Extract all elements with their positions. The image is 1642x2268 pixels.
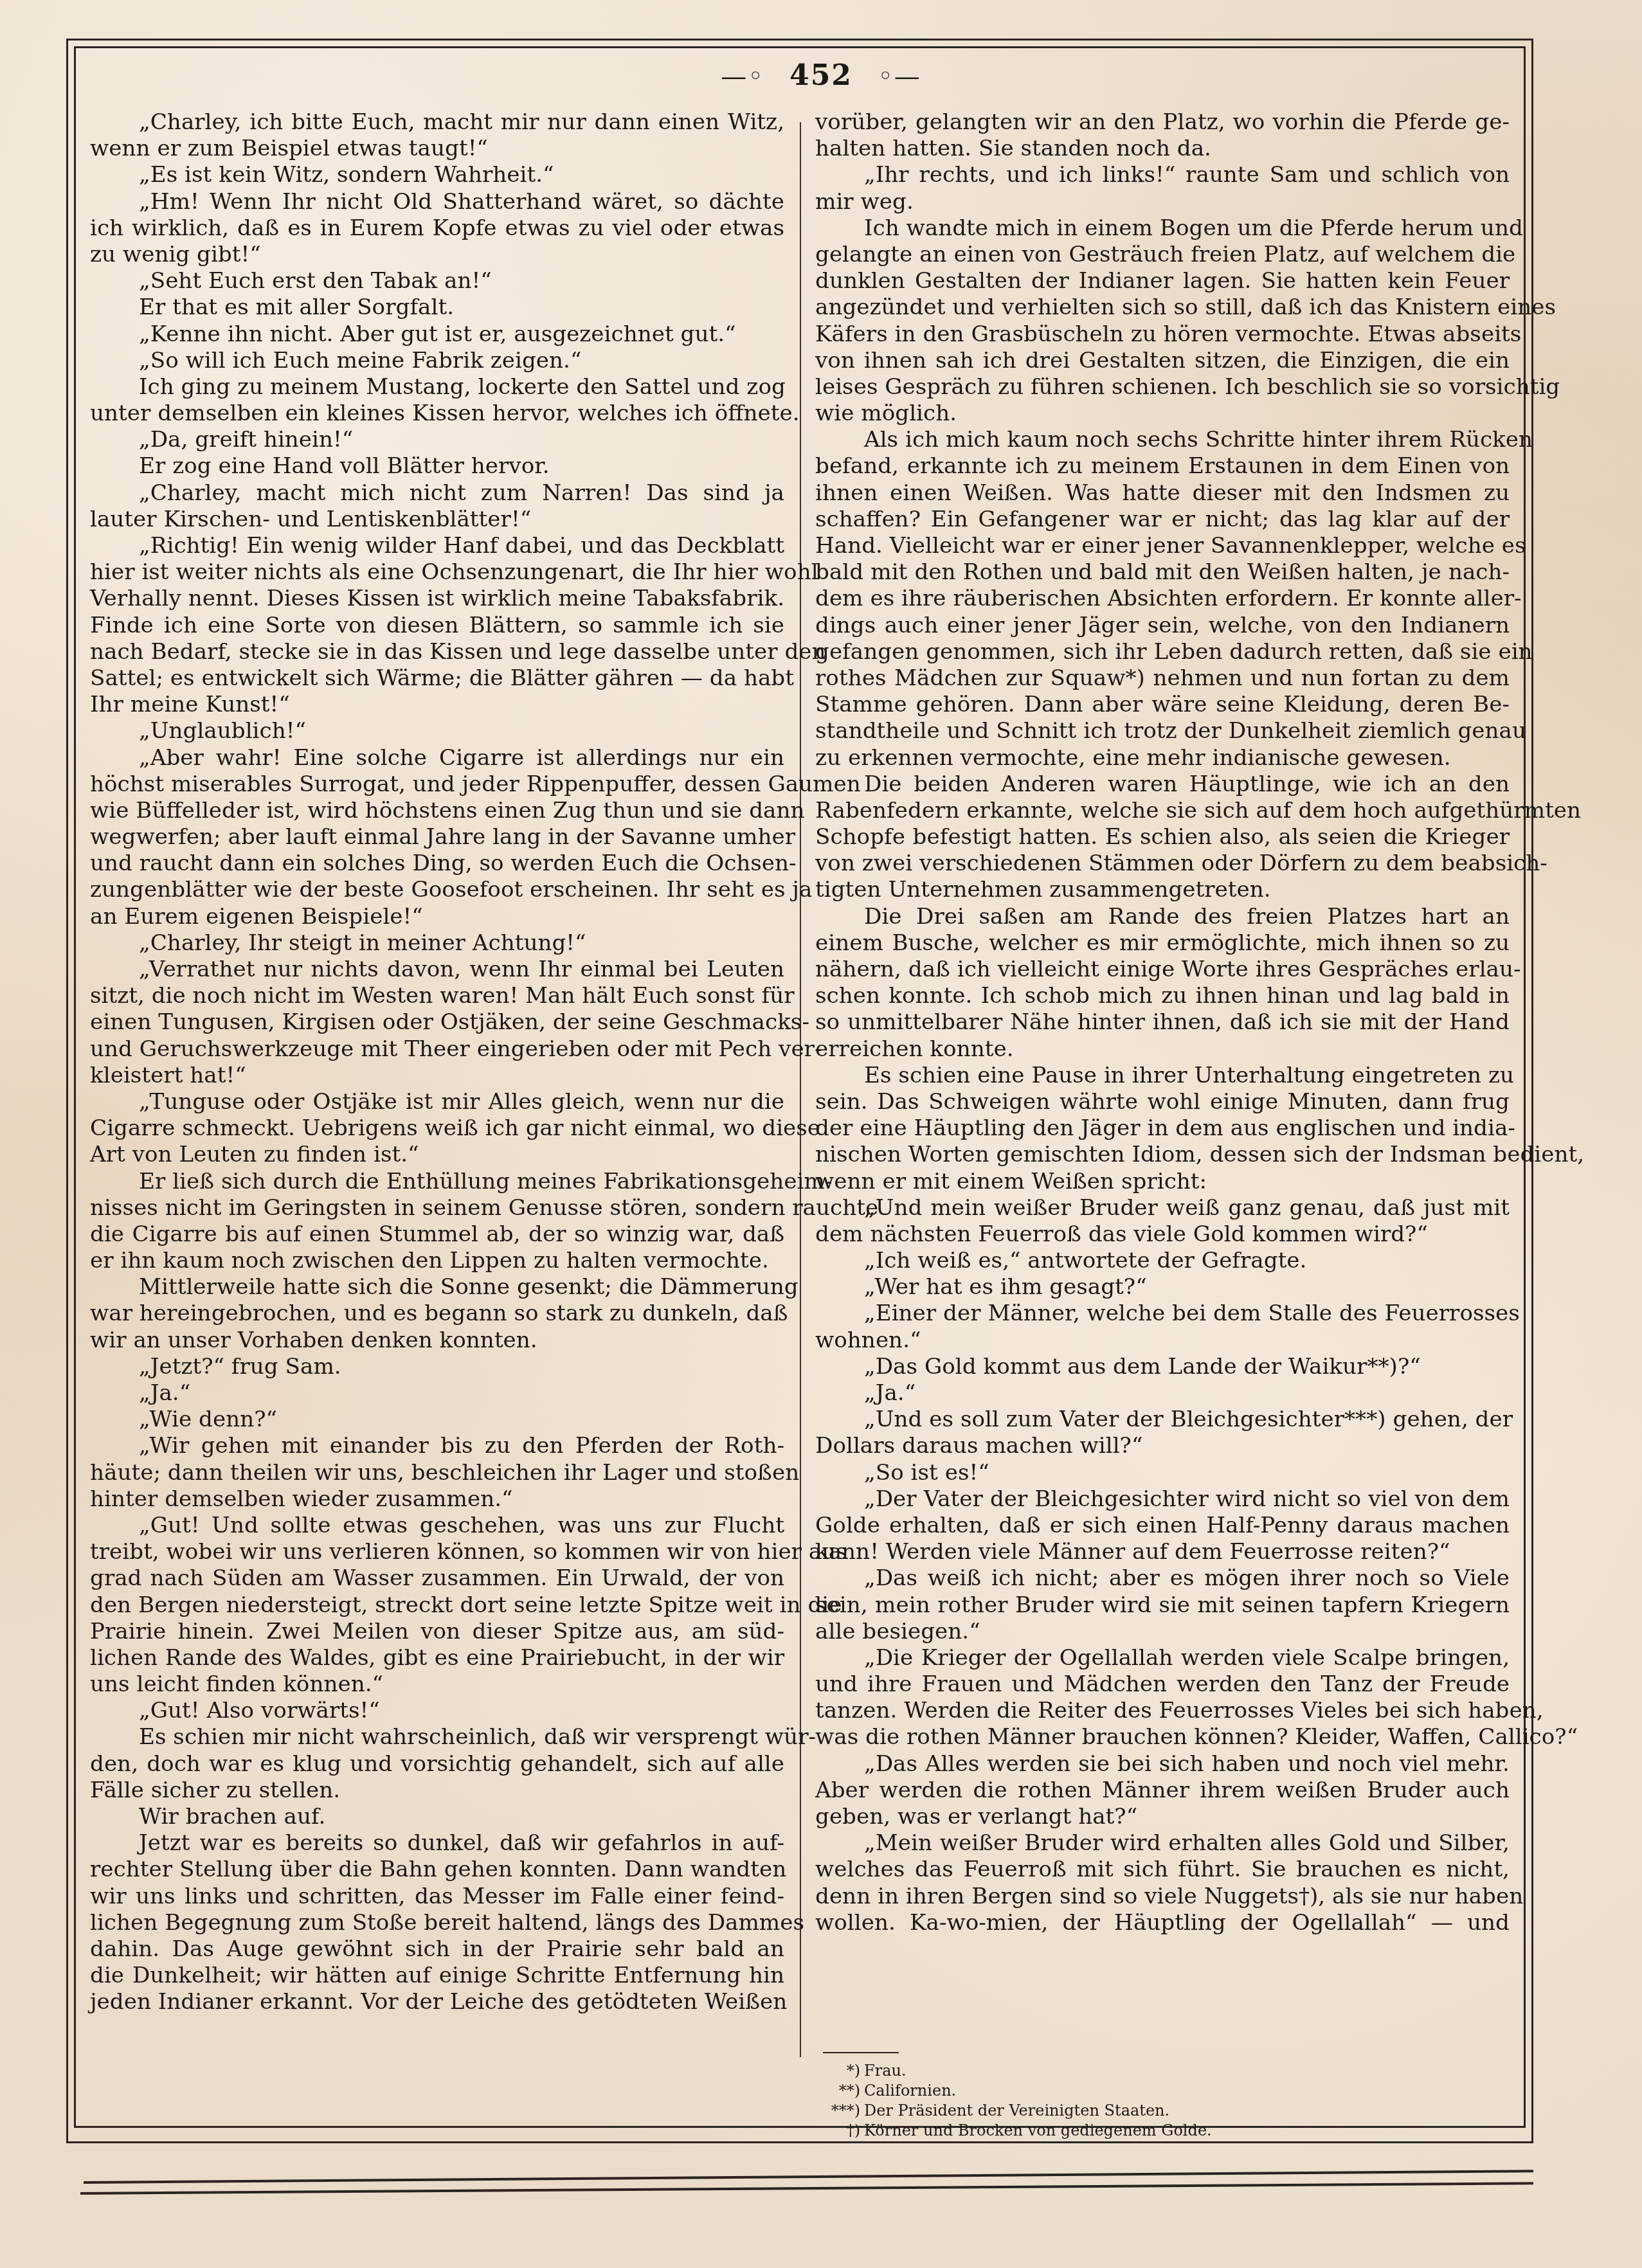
text-line: „Aber wahr! Eine solche Cigarre ist alle…	[90, 745, 784, 771]
text-line: sein, mein rother Bruder wird sie mit se…	[815, 1592, 1510, 1619]
footnotes: *)Frau.**)Californien.***)Der Präsident …	[815, 2061, 1394, 2141]
footnote-text: Körner und Brocken von gediegenem Golde.	[864, 2121, 1212, 2139]
text-line: den, doch war es klug und vorsichtig geh…	[90, 1751, 784, 1778]
paragraph: „Das weiß ich nicht; aber es mögen ihrer…	[815, 1565, 1510, 1645]
text-line: Prairie hinein. Zwei Meilen von dieser S…	[90, 1619, 784, 1645]
bottom-rule	[80, 2182, 1533, 2195]
text-line: uns leicht finden können.“	[90, 1671, 784, 1698]
text-line: nach Bedarf, stecke sie in das Kissen un…	[90, 639, 784, 665]
text-line: nischen Worten gemischten Idiom, dessen …	[815, 1142, 1510, 1168]
text-line: zu erkennen vermochte, eine mehr indiani…	[815, 745, 1510, 771]
text-line: „Tunguse oder Ostjäke ist mir Alles glei…	[90, 1089, 784, 1115]
paragraph: „Hm! Wenn Ihr nicht Old Shatterhand wäre…	[90, 189, 784, 269]
text-line: Ihr meine Kunst!“	[90, 692, 784, 718]
text-line: „Verrathet nur nichts davon, wenn Ihr ei…	[90, 957, 784, 983]
left-column: „Charley, ich bitte Euch, macht mir nur …	[90, 109, 784, 2016]
text-line: gefangen genommen, sich ihr Leben dadurc…	[815, 639, 1510, 665]
paragraph: „Einer der Männer, welche bei dem Stalle…	[815, 1300, 1510, 1353]
text-line: „Kenne ihn nicht. Aber gut ist er, ausge…	[90, 321, 784, 348]
text-line: schaffen? Ein Gefangener war er nicht; d…	[815, 507, 1510, 533]
text-line: Ich wandte mich in einem Bogen um die Pf…	[815, 215, 1510, 242]
paragraph: „Wir gehen mit einander bis zu den Pferd…	[90, 1433, 784, 1513]
text-line: „Charley, macht mich nicht zum Narren! D…	[90, 480, 784, 507]
paragraph: Ich ging zu meinem Mustang, lockerte den…	[90, 374, 784, 427]
paragraph: „Charley, macht mich nicht zum Narren! D…	[90, 480, 784, 533]
text-line: höchst miserables Surrogat, und jeder Ri…	[90, 771, 784, 798]
text-line: Cigarre schmeckt. Uebrigens weiß ich gar…	[90, 1115, 784, 1142]
paragraph: Es schien eine Pause in ihrer Unterhaltu…	[815, 1063, 1510, 1195]
footnote-mark: †)	[815, 2121, 860, 2141]
text-line: rothes Mädchen zur Squaw*) nehmen und nu…	[815, 665, 1510, 692]
text-line: Hand. Vielleicht war er einer jener Sava…	[815, 533, 1510, 559]
paragraph: Jetzt war es bereits so dunkel, daß wir …	[90, 1830, 784, 2015]
paragraph: „Charley, ich bitte Euch, macht mir nur …	[90, 109, 784, 162]
paragraph: „Verrathet nur nichts davon, wenn Ihr ei…	[90, 957, 784, 1089]
text-line: „Richtig! Ein wenig wilder Hanf dabei, u…	[90, 533, 784, 559]
text-line: „Das weiß ich nicht; aber es mögen ihrer…	[815, 1565, 1510, 1592]
text-line: wenn er mit einem Weißen spricht:	[815, 1169, 1510, 1195]
text-line: den Bergen niedersteigt, streckt dort se…	[90, 1592, 784, 1619]
paragraph: vorüber, gelangten wir an den Platz, wo …	[815, 109, 1510, 162]
text-line: Es schien eine Pause in ihrer Unterhaltu…	[815, 1063, 1510, 1089]
text-line: „Und mein weißer Bruder weiß ganz genau,…	[815, 1195, 1510, 1221]
text-line: nähern, daß ich vielleicht einige Worte …	[815, 957, 1510, 983]
text-line: „Das Gold kommt aus dem Lande der Waikur…	[815, 1354, 1510, 1380]
paragraph: „Wer hat es ihm gesagt?“	[815, 1274, 1510, 1300]
text-line: „Wer hat es ihm gesagt?“	[815, 1274, 1510, 1300]
text-line: nisses nicht im Geringsten in seinem Gen…	[90, 1195, 784, 1221]
text-line: Er ließ sich durch die Enthüllung meines…	[90, 1169, 784, 1195]
text-line: erreichen konnte.	[815, 1036, 1510, 1063]
text-line: „Gut! Und sollte etwas geschehen, was un…	[90, 1513, 784, 1539]
text-line: Aber werden die rothen Männer ihrem weiß…	[815, 1778, 1510, 1804]
text-line: er ihn kaum noch zwischen den Lippen zu …	[90, 1248, 784, 1274]
text-line: „Da, greift hinein!“	[90, 427, 784, 453]
paragraph: „Das Gold kommt aus dem Lande der Waikur…	[815, 1354, 1510, 1380]
paragraph: „Und es soll zum Vater der Bleichgesicht…	[815, 1407, 1510, 1459]
text-line: Rabenfedern erkannte, welche sie sich au…	[815, 798, 1510, 824]
text-line: und raucht dann ein solches Ding, so wer…	[90, 851, 784, 877]
text-line: Fälle sicher zu stellen.	[90, 1778, 784, 1804]
text-line: Art von Leuten zu finden ist.“	[90, 1142, 784, 1168]
paragraph: Er ließ sich durch die Enthüllung meines…	[90, 1169, 784, 1275]
text-line: zungenblätter wie der beste Goosefoot er…	[90, 877, 784, 903]
paragraph: Er that es mit aller Sorgfalt.	[90, 294, 784, 321]
footnote-mark: *)	[815, 2061, 860, 2081]
text-line: die Dunkelheit; wir hätten auf einige Sc…	[90, 1963, 784, 1989]
text-line: Er zog eine Hand voll Blätter hervor.	[90, 453, 784, 480]
paragraph: „Ihr rechts, und ich links!“ raunte Sam …	[815, 162, 1510, 215]
paragraph: „Und mein weißer Bruder weiß ganz genau,…	[815, 1195, 1510, 1248]
text-line: an Eurem eigenen Beispiele!“	[90, 904, 784, 930]
text-line: unter demselben ein kleines Kissen hervo…	[90, 401, 784, 427]
paragraph: Wir brachen auf.	[90, 1804, 784, 1830]
text-line: dings auch einer jener Jäger sein, welch…	[815, 613, 1510, 639]
text-line: die Cigarre bis auf einen Stummel ab, de…	[90, 1221, 784, 1248]
paragraph: „Aber wahr! Eine solche Cigarre ist alle…	[90, 745, 784, 930]
text-line: häute; dann theilen wir uns, beschleiche…	[90, 1460, 784, 1486]
footnote: **)Californien.	[815, 2081, 1394, 2101]
text-line: „Mein weißer Bruder wird erhalten alles …	[815, 1830, 1510, 1857]
text-line: hinter demselben wieder zusammen.“	[90, 1486, 784, 1513]
text-line: halten hatten. Sie standen noch da.	[815, 136, 1510, 162]
text-line: „So will ich Euch meine Fabrik zeigen.“	[90, 348, 784, 374]
text-line: alle besiegen.“	[815, 1619, 1510, 1645]
footnote-text: Der Präsident der Vereinigten Staaten.	[864, 2101, 1169, 2119]
text-line: grad nach Süden am Wasser zusammen. Ein …	[90, 1565, 784, 1592]
text-line: „Hm! Wenn Ihr nicht Old Shatterhand wäre…	[90, 189, 784, 215]
text-line: dem nächsten Feuerroß das viele Gold kom…	[815, 1221, 1510, 1248]
paragraph: „Mein weißer Bruder wird erhalten alles …	[815, 1830, 1510, 1936]
text-line: sein. Das Schweigen währte wohl einige M…	[815, 1089, 1510, 1115]
text-line: Er that es mit aller Sorgfalt.	[90, 294, 784, 321]
text-line: „Jetzt?“ frug Sam.	[90, 1354, 784, 1380]
text-line: lauter Kirschen- und Lentiskenblätter!“	[90, 507, 784, 533]
text-line: so unmittelbarer Nähe hinter ihnen, daß …	[815, 1009, 1510, 1036]
paragraph: Als ich mich kaum noch sechs Schritte hi…	[815, 427, 1510, 771]
paragraph: „Kenne ihn nicht. Aber gut ist er, ausge…	[90, 321, 784, 348]
text-line: geben, was er verlangt hat?“	[815, 1804, 1510, 1830]
text-line: Es schien mir nicht wahrscheinlich, daß …	[90, 1724, 784, 1751]
text-line: was die rothen Männer brauchen können? K…	[815, 1724, 1510, 1751]
text-line: treibt, wobei wir uns verlieren können, …	[90, 1539, 784, 1565]
text-line: wegwerfen; aber lauft einmal Jahre lang …	[90, 824, 784, 851]
text-line: Als ich mich kaum noch sechs Schritte hi…	[815, 427, 1510, 453]
paragraph: Es schien mir nicht wahrscheinlich, daß …	[90, 1724, 784, 1804]
text-line: mir weg.	[815, 189, 1510, 215]
text-line: wir uns links und schritten, das Messer …	[90, 1884, 784, 1910]
ornament-left-icon: —◦	[721, 62, 764, 91]
text-line: einem Busche, welcher es mir ermöglichte…	[815, 930, 1510, 957]
text-line: lichen Begegnung zum Stoße bereit halten…	[90, 1910, 784, 1936]
text-line: standtheile und Schnitt ich trotz der Du…	[815, 718, 1510, 744]
text-line: Die beiden Anderen waren Häuptlinge, wie…	[815, 771, 1510, 798]
ornament-right-icon: ◦—	[878, 62, 921, 91]
text-line: Golde erhalten, daß er sich einen Half-P…	[815, 1513, 1510, 1539]
paragraph: „Charley, Ihr steigt in meiner Achtung!“	[90, 930, 784, 957]
text-line: „Charley, Ihr steigt in meiner Achtung!“	[90, 930, 784, 957]
paragraph: „So will ich Euch meine Fabrik zeigen.“	[90, 348, 784, 374]
text-line: „Einer der Männer, welche bei dem Stalle…	[815, 1300, 1510, 1327]
text-line: Jetzt war es bereits so dunkel, daß wir …	[90, 1830, 784, 1857]
paragraph: Mittlerweile hatte sich die Sonne gesenk…	[90, 1274, 784, 1354]
paragraph: „Ja.“	[815, 1380, 1510, 1407]
paragraph: Ich wandte mich in einem Bogen um die Pf…	[815, 215, 1510, 428]
text-line: wenn er zum Beispiel etwas taugt!“	[90, 136, 784, 162]
right-column: vorüber, gelangten wir an den Platz, wo …	[815, 109, 1510, 1936]
text-line: wie möglich.	[815, 401, 1510, 427]
text-line: Käfers in den Grasbüscheln zu hören verm…	[815, 321, 1510, 348]
page-number: 452	[789, 59, 853, 92]
paragraph: „Unglaublich!“	[90, 718, 784, 744]
footnote: †)Körner und Brocken von gediegenem Gold…	[815, 2121, 1394, 2141]
text-line: denn in ihren Bergen sind so viele Nugge…	[815, 1884, 1510, 1910]
footnote-mark: ***)	[815, 2101, 860, 2121]
text-line: zu wenig gibt!“	[90, 242, 784, 268]
text-line: Finde ich eine Sorte von diesen Blättern…	[90, 613, 784, 639]
footnote: *)Frau.	[815, 2061, 1394, 2081]
text-line: „Charley, ich bitte Euch, macht mir nur …	[90, 109, 784, 136]
text-line: kleistert hat!“	[90, 1063, 784, 1089]
text-line: wollen. Ka-wo-mien, der Häuptling der Og…	[815, 1910, 1510, 1936]
text-line: Wir brachen auf.	[90, 1804, 784, 1830]
text-line: „Ja.“	[90, 1380, 784, 1407]
paragraph: „Der Vater der Bleichgesichter wird nich…	[815, 1486, 1510, 1566]
text-line: wohnen.“	[815, 1327, 1510, 1354]
text-line: Mittlerweile hatte sich die Sonne gesenk…	[90, 1274, 784, 1300]
bottom-rule	[84, 2170, 1533, 2184]
text-line: „Wir gehen mit einander bis zu den Pferd…	[90, 1433, 784, 1459]
paragraph: „Es ist kein Witz, sondern Wahrheit.“	[90, 162, 784, 188]
text-line: wir an unser Vorhaben denken konnten.	[90, 1327, 784, 1354]
footnote-text: Frau.	[864, 2062, 907, 2080]
text-line: tigten Unternehmen zusammengetreten.	[815, 877, 1510, 903]
text-line: welches das Feuerroß mit sich führt. Sie…	[815, 1857, 1510, 1883]
paragraph: „Die Krieger der Ogellallah werden viele…	[815, 1645, 1510, 1751]
text-line: dem es ihre räuberischen Absichten erfor…	[815, 586, 1510, 612]
footnote-text: Californien.	[864, 2082, 956, 2100]
paragraph: „Das Alles werden sie bei sich haben und…	[815, 1751, 1510, 1831]
text-line: „Gut! Also vorwärts!“	[90, 1698, 784, 1724]
footnote-mark: **)	[815, 2081, 860, 2101]
paragraph: „Gut! Und sollte etwas geschehen, was un…	[90, 1513, 784, 1698]
text-line: dahin. Das Auge gewöhnt sich in der Prai…	[90, 1936, 784, 1963]
text-line: und Geruchswerkzeuge mit Theer eingerieb…	[90, 1036, 784, 1063]
text-line: Dollars daraus machen will?“	[815, 1433, 1510, 1459]
text-line: „Ich weiß es,“ antwortete der Gefragte.	[815, 1248, 1510, 1274]
text-line: „Seht Euch erst den Tabak an!“	[90, 268, 784, 294]
text-line: tanzen. Werden die Reiter des Feuerrosse…	[815, 1698, 1510, 1724]
text-line: vorüber, gelangten wir an den Platz, wo …	[815, 109, 1510, 136]
paragraph: Die Drei saßen am Rande des freien Platz…	[815, 904, 1510, 1063]
paragraph: „Tunguse oder Ostjäke ist mir Alles glei…	[90, 1089, 784, 1169]
text-line: lichen Rande des Waldes, gibt es eine Pr…	[90, 1645, 784, 1671]
text-line: „Es ist kein Witz, sondern Wahrheit.“	[90, 162, 784, 188]
paragraph: „Da, greift hinein!“	[90, 427, 784, 453]
text-line: hier ist weiter nichts als eine Ochsenzu…	[90, 559, 784, 586]
text-line: Ich ging zu meinem Mustang, lockerte den…	[90, 374, 784, 401]
text-line: angezündet und verhielten sich so still,…	[815, 294, 1510, 321]
paragraph: „Ja.“	[90, 1380, 784, 1407]
paragraph: „Jetzt?“ frug Sam.	[90, 1354, 784, 1380]
text-line: dunklen Gestalten der Indianer lagen. Si…	[815, 268, 1510, 294]
text-line: „Ihr rechts, und ich links!“ raunte Sam …	[815, 162, 1510, 188]
text-line: war hereingebrochen, und es begann so st…	[90, 1300, 784, 1327]
text-line: bald mit den Rothen und bald mit den Wei…	[815, 559, 1510, 586]
text-line: und ihre Frauen und Mädchen werden den T…	[815, 1671, 1510, 1698]
paragraph: „Ich weiß es,“ antwortete der Gefragte.	[815, 1248, 1510, 1274]
text-line: „So ist es!“	[815, 1460, 1510, 1486]
paragraph: Er zog eine Hand voll Blätter hervor.	[90, 453, 784, 480]
paragraph: Die beiden Anderen waren Häuptlinge, wie…	[815, 771, 1510, 904]
paragraph: „Gut! Also vorwärts!“	[90, 1698, 784, 1724]
text-line: ihnen einen Weißen. Was hatte dieser mit…	[815, 480, 1510, 507]
text-line: von zwei verschiedenen Stämmen oder Dörf…	[815, 851, 1510, 877]
text-line: „Ja.“	[815, 1380, 1510, 1407]
text-line: Schopfe befestigt hatten. Es schien also…	[815, 824, 1510, 851]
text-line: leises Gespräch zu führen schienen. Ich …	[815, 374, 1510, 401]
footnote: ***)Der Präsident der Vereinigten Staate…	[815, 2101, 1394, 2121]
text-line: wie Büffelleder ist, wird höchstens eine…	[90, 798, 784, 824]
text-line: ich wirklich, daß es in Eurem Kopfe etwa…	[90, 215, 784, 242]
text-line: Sattel; es entwickelt sich Wärme; die Bl…	[90, 665, 784, 692]
text-line: „Das Alles werden sie bei sich haben und…	[815, 1751, 1510, 1778]
text-line: sitzt, die noch nicht im Westen waren! M…	[90, 983, 784, 1009]
text-line: Verhally nennt. Dieses Kissen ist wirkli…	[90, 586, 784, 612]
page-number-header: —◦ 452 ◦—	[0, 59, 1642, 92]
text-line: befand, erkannte ich zu meinem Erstaunen…	[815, 453, 1510, 480]
column-divider	[800, 122, 801, 2057]
text-line: gelangte an einen von Gesträuch freien P…	[815, 242, 1510, 268]
text-line: von ihnen sah ich drei Gestalten sitzen,…	[815, 348, 1510, 374]
paragraph: „Wie denn?“	[90, 1407, 784, 1433]
text-line: Stamme gehören. Dann aber wäre seine Kle…	[815, 692, 1510, 718]
footnote-rule	[823, 2052, 899, 2053]
text-line: der eine Häuptling den Jäger in dem aus …	[815, 1115, 1510, 1142]
paragraph: „Seht Euch erst den Tabak an!“	[90, 268, 784, 294]
text-line: kann! Werden viele Männer auf dem Feuerr…	[815, 1539, 1510, 1565]
text-line: „Unglaublich!“	[90, 718, 784, 744]
text-line: „Der Vater der Bleichgesichter wird nich…	[815, 1486, 1510, 1513]
paragraph: „Richtig! Ein wenig wilder Hanf dabei, u…	[90, 533, 784, 718]
paragraph: „So ist es!“	[815, 1460, 1510, 1486]
text-line: rechter Stellung über die Bahn gehen kon…	[90, 1857, 784, 1883]
text-line: „Die Krieger der Ogellallah werden viele…	[815, 1645, 1510, 1671]
text-line: schen konnte. Ich schob mich zu ihnen hi…	[815, 983, 1510, 1009]
text-line: einen Tungusen, Kirgisen oder Ostjäken, …	[90, 1009, 784, 1036]
text-line: jeden Indianer erkannt. Vor der Leiche d…	[90, 1989, 784, 2015]
text-line: Die Drei saßen am Rande des freien Platz…	[815, 904, 1510, 930]
text-line: „Wie denn?“	[90, 1407, 784, 1433]
text-line: „Und es soll zum Vater der Bleichgesicht…	[815, 1407, 1510, 1433]
